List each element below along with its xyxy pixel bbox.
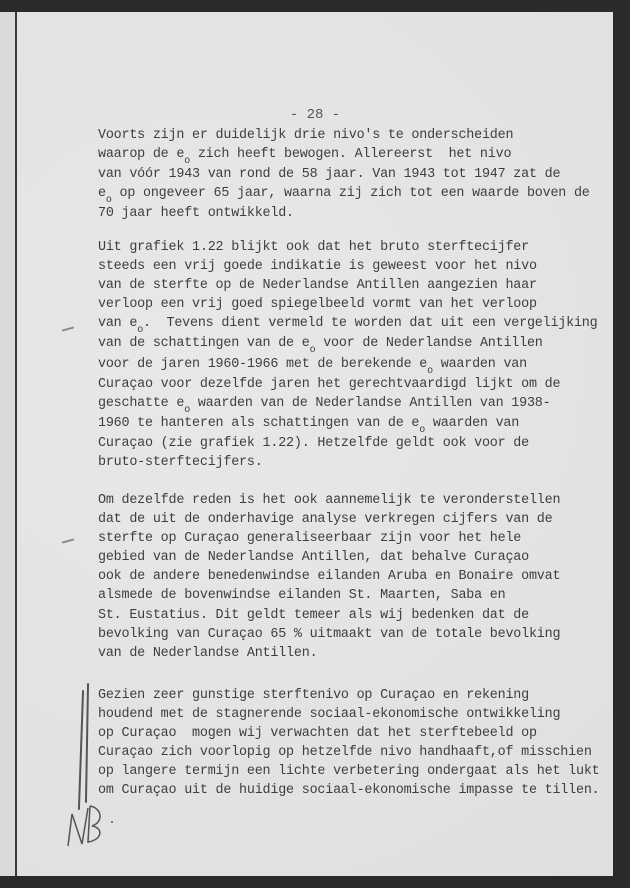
text-segment: ook de andere benedenwindse eilanden Aru… [98,569,560,584]
subscript: o [184,405,190,416]
subscript: o [184,156,190,167]
text-segment: Curaçao zich voorlopig op hetzelfde nivo… [98,745,592,760]
text-segment: Om dezelfde reden is het ook aannemelijk… [98,493,560,508]
text-line: van de Nederlandse Antillen. [98,644,560,663]
text-line: Gezien zeer gunstige sterftenivo op Cura… [98,686,599,705]
text-segment: op Curaçao mogen wij verwachten dat het … [98,726,537,741]
text-segment: bruto-sterftecijfers. [98,455,263,470]
text-segment: waarop de e [98,147,184,162]
text-segment: waarden van [425,416,519,431]
text-segment: houdend met de stagnerende sociaal-ekono… [98,707,560,722]
text-line: dat de uit de onderhavige analyse verkre… [98,510,560,529]
text-segment: om Curaçao uit de huidige sociaal-ekonom… [98,783,599,798]
text-segment: geschatte e [98,396,184,411]
text-line: steeds een vrij goede indikatie is gewee… [98,257,597,276]
text-segment: Curaçao (zie grafiek 1.22). Hetzelfde ge… [98,436,529,451]
text-line: Om dezelfde reden is het ook aannemelijk… [98,491,560,510]
text-segment: op langere termijn een lichte verbeterin… [98,764,599,779]
text-segment: voor de Nederlandse Antillen [315,336,542,351]
text-line: om Curaçao uit de huidige sociaal-ekonom… [98,781,599,800]
text-segment: steeds een vrij goede indikatie is gewee… [98,259,537,274]
text-line: Curaçao zich voorlopig op hetzelfde nivo… [98,743,599,762]
text-segment: voor de jaren 1960-1966 met de berekende… [98,357,427,372]
text-segment: 1960 te hanteren als schattingen van de … [98,416,419,431]
subscript: o [137,325,143,336]
paragraph-4: Gezien zeer gunstige sterftenivo op Cura… [98,686,599,801]
text-segment: Curaçao voor dezelfde jaren het gerechtv… [98,377,560,392]
text-segment: op ongeveer 65 jaar, waarna zij zich tot… [112,186,590,201]
subscript: o [310,345,316,356]
text-segment: dat de uit de onderhavige analyse verkre… [98,512,552,527]
handwritten-nb-annotation: NB. [62,800,122,850]
text-segment: sterfte op Curaçao generaliseerbaar zijn… [98,531,521,546]
text-line: van eo. Tevens dient vermeld te worden d… [98,314,597,334]
text-line: sterfte op Curaçao generaliseerbaar zijn… [98,529,560,548]
text-segment: van de Nederlandse Antillen. [98,646,317,661]
text-line: op Curaçao mogen wij verwachten dat het … [98,724,599,743]
text-segment: bevolking van Curaçao 65 % uitmaakt van … [98,627,560,642]
text-segment: . Tevens dient vermeld te worden dat uit… [143,316,597,331]
text-line: gebied van de Nederlandse Antillen, dat … [98,548,560,567]
text-line: alsmede de bovenwindse eilanden St. Maar… [98,586,560,605]
text-segment: waarden van de Nederlandse Antillen van … [190,396,550,411]
subscript: o [427,366,433,377]
text-line: Curaçao (zie grafiek 1.22). Hetzelfde ge… [98,434,597,453]
text-segment: van de schattingen van de e [98,336,310,351]
text-line: ook de andere benedenwindse eilanden Aru… [98,567,560,586]
text-line: 1960 te hanteren als schattingen van de … [98,414,597,434]
text-line: Uit grafiek 1.22 blijkt ook dat het brut… [98,238,597,257]
previous-page-edge [0,12,15,876]
paragraph-1: Voorts zijn er duidelijk drie nivo's te … [98,126,590,223]
text-segment: St. Eustatius. Dit geldt temeer als wij … [98,608,529,623]
text-line: geschatte eo waarden van de Nederlandse … [98,394,597,414]
text-segment: Gezien zeer gunstige sterftenivo op Cura… [98,688,529,703]
text-segment: waarden van [433,357,527,372]
text-line: bevolking van Curaçao 65 % uitmaakt van … [98,625,560,644]
text-line: van de sterfte op de Nederlandse Antille… [98,276,597,295]
text-segment: Voorts zijn er duidelijk drie nivo's te … [98,128,513,143]
text-segment: van de sterfte op de Nederlandse Antille… [98,278,537,293]
text-line: houdend met de stagnerende sociaal-ekono… [98,705,599,724]
text-segment: verloop een vrij goed spiegelbeeld vormt… [98,297,537,312]
paragraph-3: Om dezelfde reden is het ook aannemelijk… [98,491,560,663]
text-segment: van vóór 1943 van rond de 58 jaar. Van 1… [98,167,560,182]
text-segment: zich heeft bewogen. Allereerst het nivo [190,147,511,162]
text-segment: Uit grafiek 1.22 blijkt ook dat het brut… [98,240,529,255]
text-segment: alsmede de bovenwindse eilanden St. Maar… [98,588,505,603]
text-line: verloop een vrij goed spiegelbeeld vormt… [98,295,597,314]
subscript: o [106,195,112,206]
text-line: eo op ongeveer 65 jaar, waarna zij zich … [98,184,590,204]
paragraph-2: Uit grafiek 1.22 blijkt ook dat het brut… [98,238,597,472]
text-line: bruto-sterftecijfers. [98,453,597,472]
text-line: Voorts zijn er duidelijk drie nivo's te … [98,126,590,145]
text-segment: van e [98,316,137,331]
subscript: o [419,425,425,436]
text-line: van vóór 1943 van rond de 58 jaar. Van 1… [98,165,590,184]
text-line: van de schattingen van de eo voor de Ned… [98,334,597,354]
text-line: Curaçao voor dezelfde jaren het gerechtv… [98,375,597,394]
text-line: 70 jaar heeft ontwikkeld. [98,204,590,223]
text-line: waarop de eo zich heeft bewogen. Alleree… [98,145,590,165]
page-number: - 28 - [17,107,613,123]
text-segment: gebied van de Nederlandse Antillen, dat … [98,550,529,565]
text-line: voor de jaren 1960-1966 met de berekende… [98,355,597,375]
text-line: op langere termijn een lichte verbeterin… [98,762,599,781]
text-line: St. Eustatius. Dit geldt temeer als wij … [98,606,560,625]
text-segment: e [98,186,106,201]
text-segment: 70 jaar heeft ontwikkeld. [98,206,294,221]
